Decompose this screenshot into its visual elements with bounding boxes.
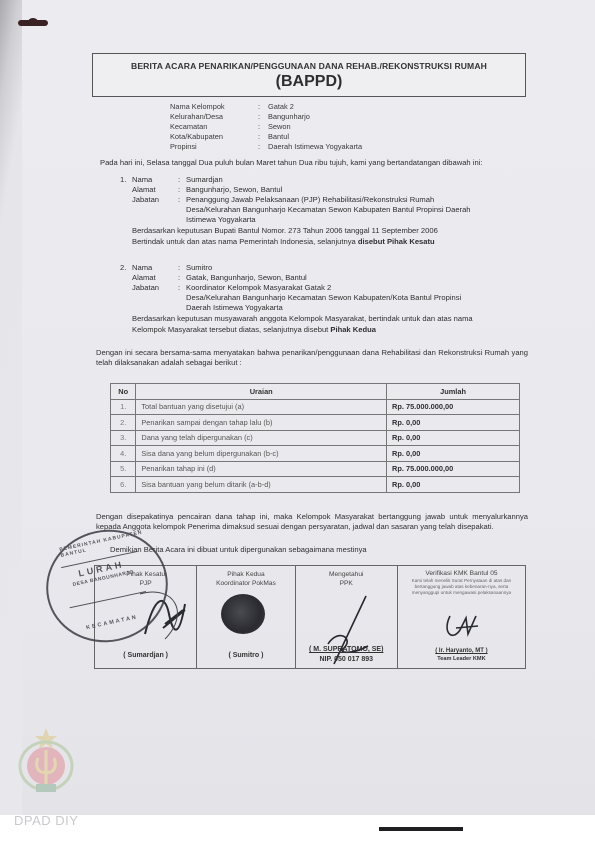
table-header-row: No Uraian Jumlah bbox=[111, 384, 520, 400]
header-no: No bbox=[111, 384, 136, 400]
party-2-acting: Kelompok Masyarakat tersebut diatas, sel… bbox=[132, 325, 527, 335]
party-1-basis: Berdasarkan keputusan Bupati Bantul Nomo… bbox=[132, 226, 532, 236]
info-value: Bantul bbox=[268, 132, 289, 142]
table-row: 1. Total bantuan yang disetujui (a) Rp. … bbox=[111, 399, 520, 415]
document-title: BERITA ACARA PENARIKAN/PENGGUNAAN DANA R… bbox=[93, 61, 525, 71]
party-2-address: Gatak, Bangunharjo, Sewon, Bantul bbox=[186, 273, 516, 283]
closing-statement: Demikian Berita Acara ini dibuat untuk d… bbox=[110, 545, 510, 555]
info-row: Kelurahan/Desa:Bangunharjo bbox=[170, 112, 362, 122]
bottom-bar bbox=[379, 827, 463, 831]
party-2-position: Koordinator Kelompok Masyarakat Gatak 2 bbox=[186, 283, 516, 293]
signer-name: ( Sumitro ) bbox=[197, 651, 294, 660]
info-value: Bangunharjo bbox=[268, 112, 310, 122]
header-uraian: Uraian bbox=[136, 384, 387, 400]
signature-pihak-kedua: Pihak Kedua Koordinator PokMas ( Sumitro… bbox=[197, 566, 295, 668]
closing-paragraph: Dengan disepakatinya pencairan dana taha… bbox=[96, 512, 528, 532]
info-value: Daerah Istimewa Yogyakarta bbox=[268, 142, 362, 152]
signature-ppk: Mengetahui PPK ( M. SUPRATOMO, SE) NIP. … bbox=[296, 566, 398, 668]
signer-nip: NIP. 050 017 893 bbox=[296, 655, 397, 664]
statement-paragraph: Dengan ini secara bersama-sama menyataka… bbox=[96, 348, 528, 368]
info-label: Kecamatan bbox=[170, 122, 258, 132]
info-row: Kecamatan:Sewon bbox=[170, 122, 362, 132]
party-1-position: Penanggung Jawab Pelaksanaan (PJP) Rehab… bbox=[186, 195, 516, 205]
header-jumlah: Jumlah bbox=[387, 384, 520, 400]
funding-table: No Uraian Jumlah 1. Total bantuan yang d… bbox=[110, 383, 520, 493]
party-2-name: Sumitro bbox=[186, 263, 516, 273]
info-row: Nama Kelompok:Gatak 2 bbox=[170, 102, 362, 112]
info-label: Nama Kelompok bbox=[170, 102, 258, 112]
signature-scribble-icon bbox=[442, 612, 482, 642]
info-label: Propinsi bbox=[170, 142, 258, 152]
watermark-text: DPAD DIY bbox=[14, 813, 78, 828]
signer-role: Team Leader KMK bbox=[398, 655, 525, 664]
signer-name: ( Sumardjan ) bbox=[95, 651, 196, 660]
info-label: Kelurahan/Desa bbox=[170, 112, 258, 122]
party-1-address: Bangunharjo, Sewon, Bantul bbox=[186, 185, 516, 195]
thumbprint-icon bbox=[221, 594, 265, 634]
verification-note: Kami telah meneliti Surat Pernyataan di … bbox=[398, 578, 525, 596]
document-title-box: BERITA ACARA PENARIKAN/PENGGUNAAN DANA R… bbox=[92, 53, 526, 97]
opening-paragraph: Pada hari ini, Selasa tanggal Dua puluh … bbox=[100, 158, 530, 168]
table-row: 3. Dana yang telah dipergunakan (c) Rp. … bbox=[111, 430, 520, 446]
party-2-basis: Berdasarkan keputusan musyawarah anggota… bbox=[132, 314, 527, 324]
document-subtitle: (BAPPD) bbox=[93, 73, 525, 91]
table-row: 6. Sisa bantuan yang belum ditarik (a-b-… bbox=[111, 477, 520, 493]
signer-name: ( M. SUPRATOMO, SE) bbox=[296, 645, 397, 654]
party-1-name: Sumardjan bbox=[186, 175, 516, 185]
table-row: 2. Penarikan sampai dengan tahap lalu (b… bbox=[111, 415, 520, 431]
info-value: Sewon bbox=[268, 122, 291, 132]
signature-verifikasi-kmk: Verifikasi KMK Bantul 05 Kami telah mene… bbox=[398, 566, 525, 668]
emblem-watermark-icon bbox=[16, 728, 76, 794]
table-row: 5. Penarikan tahap ini (d) Rp. 75.000.00… bbox=[111, 461, 520, 477]
info-row: Propinsi:Daerah Istimewa Yogyakarta bbox=[170, 142, 362, 152]
party-1-acting: Bertindak untuk dan atas nama Pemerintah… bbox=[132, 237, 532, 247]
group-info: Nama Kelompok:Gatak 2 Kelurahan/Desa:Ban… bbox=[170, 102, 362, 152]
party-1: 1. Nama : Sumardjan Alamat : Bangunharjo… bbox=[120, 175, 516, 225]
info-row: Kota/Kabupaten:Bantul bbox=[170, 132, 362, 142]
info-label: Kota/Kabupaten bbox=[170, 132, 258, 142]
party-2: 2. Nama : Sumitro Alamat : Gatak, Bangun… bbox=[120, 263, 516, 313]
ink-mark bbox=[18, 20, 48, 26]
info-value: Gatak 2 bbox=[268, 102, 294, 112]
table-row: 4. Sisa dana yang belum dipergunakan (b-… bbox=[111, 446, 520, 462]
